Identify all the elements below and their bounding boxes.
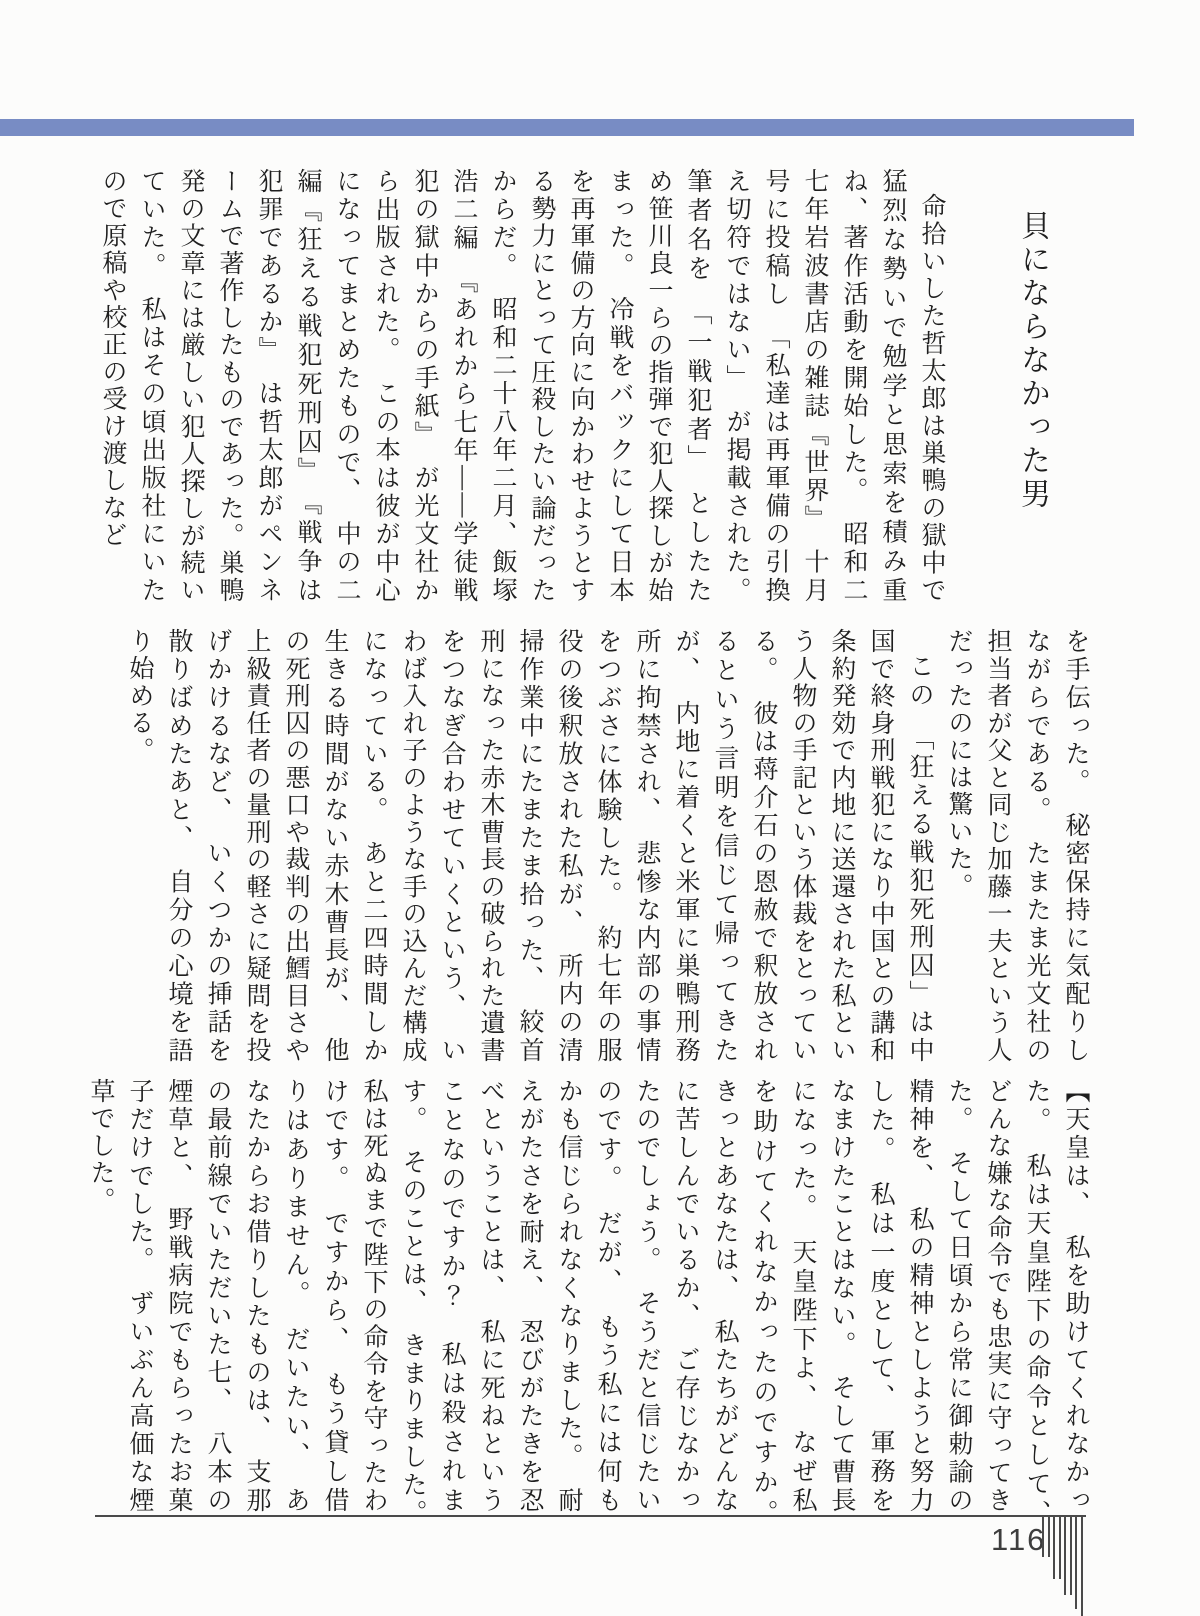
paragraph-band1: 命拾いした哲太郎は巣鴨の獄中で猛烈な勢いで勉学と思索を積み重ね、著作活動を開始し… <box>93 168 951 604</box>
page-number: 116 <box>991 1522 1046 1558</box>
accent-bar <box>0 119 1134 136</box>
edge-mark-line <box>1064 1517 1066 1595</box>
edge-mark-line <box>1042 1517 1044 1557</box>
edge-mark-line <box>1053 1517 1055 1579</box>
edge-mark-line <box>1070 1517 1072 1595</box>
text-band-3: 【天皇は、 私を助けてくれなかった。 私は天皇陛下の命令として、 どんな嫌な命令… <box>85 1078 1095 1514</box>
page-edge-marks <box>1042 1517 1083 1616</box>
edge-mark-line <box>1081 1517 1083 1616</box>
text-band-2: を手伝った。 秘密保持に気配りしながらである。 たまたま光文社の担当者が父と同じ… <box>85 628 1095 1064</box>
text-band-1: 貝にならなかった男 命拾いした哲太郎は巣鴨の獄中で猛烈な勢いで勉学と思索を積み重… <box>85 168 1095 604</box>
paragraph-band3-quote: 【天皇は、 私を助けてくれなかった。 私は天皇陛下の命令として、 どんな嫌な命令… <box>81 1078 1095 1514</box>
edge-mark-line <box>1048 1517 1050 1557</box>
article-title: 貝にならなかった男 <box>1009 168 1055 604</box>
footer-rule <box>95 1515 1086 1517</box>
paragraph-band2-continuation: を手伝った。 秘密保持に気配りしながらである。 たまたま光文社の担当者が父と同じ… <box>939 628 1095 1064</box>
edge-mark-line <box>1075 1517 1077 1609</box>
paragraph-band2-new: この 「狂える戦犯死刑囚」は中国で終身刑戦犯になり中国との講和条約発効で内地に送… <box>120 628 939 1064</box>
edge-mark-line <box>1059 1517 1061 1579</box>
